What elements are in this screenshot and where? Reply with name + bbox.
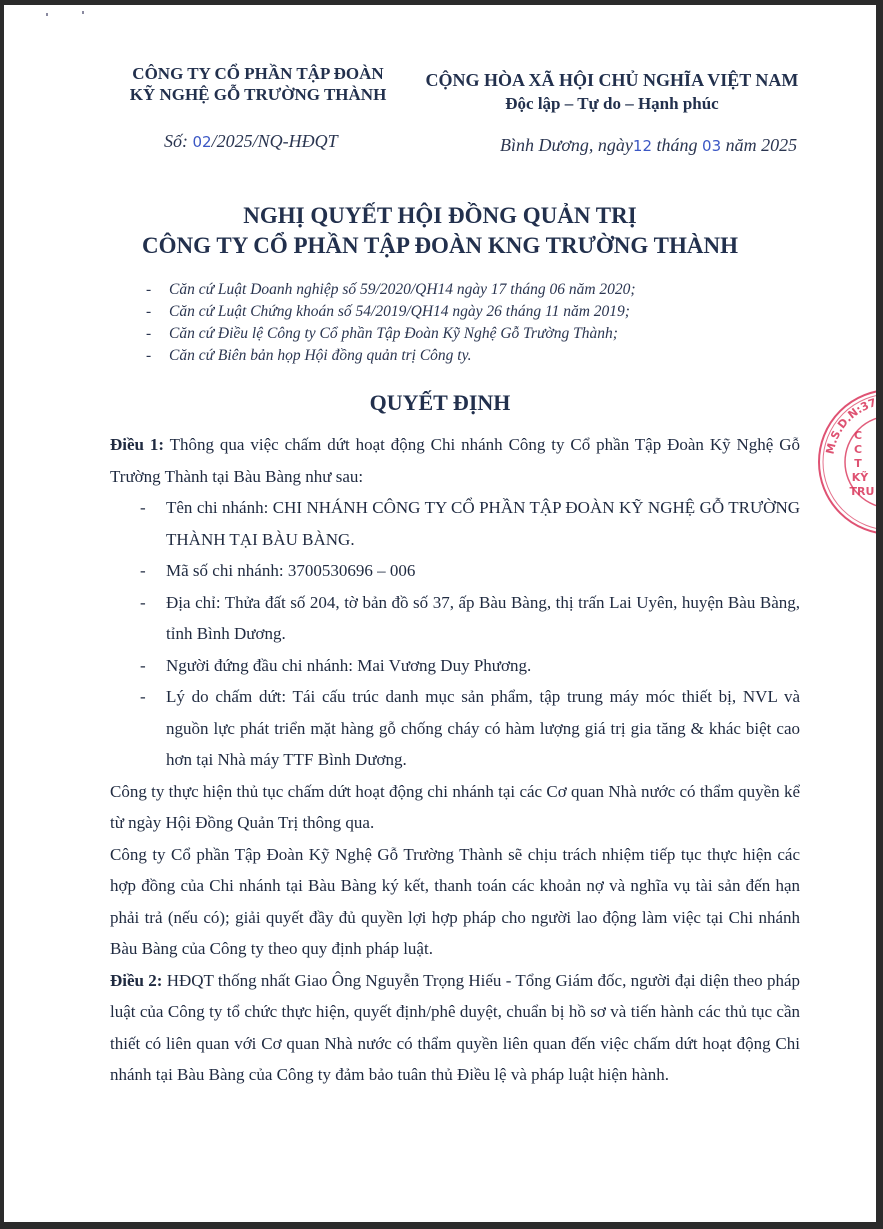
company-name-line-2: KỸ NGHỆ GỖ TRƯỜNG THÀNH [118,84,398,105]
article-1-paragraph: Công ty thực hiện thủ tục chấm dứt hoạt … [110,776,800,839]
branch-address: Địa chỉ: Thửa đất số 204, tờ bản đồ số 3… [166,587,800,650]
article-1-item: -Lý do chấm dứt: Tái cấu trúc danh mục s… [110,681,800,776]
bullet: - [140,555,166,587]
legal-basis-text: Căn cứ Luật Doanh nghiệp số 59/2020/QH14… [169,279,636,301]
article-2: Điều 2: HĐQT thống nhất Giao Ông Nguyễn … [110,965,800,1091]
article-1-paragraph: Công ty Cổ phần Tập Đoàn Kỹ Nghệ Gỗ Trườ… [110,839,800,965]
article-1-item: -Người đứng đầu chi nhánh: Mai Vương Duy… [110,650,800,682]
handwritten-number: 02 [193,133,212,151]
handwritten-day: 12 [633,137,652,155]
date-prefix: Bình Dương, ngày [500,135,633,155]
scan-speck [46,13,48,16]
branch-head: Người đứng đầu chi nhánh: Mai Vương Duy … [166,650,800,682]
stamp-inner-text: C [854,443,862,456]
article-2-text: HĐQT thống nhất Giao Ông Nguyễn Trọng Hi… [110,971,800,1085]
legal-basis-item: -Căn cứ Điều lệ Công ty Cổ phần Tập Đoàn… [146,323,636,345]
legal-basis-item: -Căn cứ Luật Chứng khoán số 54/2019/QH14… [146,301,636,323]
article-1-item: -Tên chi nhánh: CHI NHÁNH CÔNG TY CỔ PHẦ… [110,492,800,555]
document-page: CÔNG TY CỔ PHẦN TẬP ĐOÀN KỸ NGHỆ GỖ TRƯỜ… [4,5,876,1222]
branch-code: Mã số chi nhánh: 3700530696 – 006 [166,555,800,587]
stamp-inner-text: KỸ [852,471,870,484]
stamp-inner-text: C [854,429,862,442]
legal-basis-text: Căn cứ Luật Chứng khoán số 54/2019/QH14 … [169,301,630,323]
legal-basis-item: -Căn cứ Luật Doanh nghiệp số 59/2020/QH1… [146,279,636,301]
bullet: - [140,492,166,555]
decision-body: Điều 1: Thông qua việc chấm dứt hoạt độn… [110,429,800,1091]
company-header: CÔNG TY CỔ PHẦN TẬP ĐOÀN KỸ NGHỆ GỖ TRƯỜ… [118,63,398,105]
article-1: Điều 1: Thông qua việc chấm dứt hoạt độn… [110,429,800,492]
month-label: tháng [652,135,702,155]
number-prefix: Số: [164,131,193,151]
bullet: - [140,681,166,776]
bullet: - [146,345,169,367]
bullet: - [146,279,169,301]
company-name-line-1: CÔNG TY CỔ PHẦN TẬP ĐOÀN [118,63,398,84]
legal-basis-text: Căn cứ Điều lệ Công ty Cổ phần Tập Đoàn … [169,323,618,345]
bullet: - [146,323,169,345]
article-1-label: Điều 1: [110,435,164,454]
bullet: - [146,301,169,323]
date-suffix: năm 2025 [721,135,797,155]
document-title: NGHỊ QUYẾT HỘI ĐỒNG QUẢN TRỊ CÔNG TY CỔ … [4,201,876,261]
national-motto: Độc lập – Tự do – Hạnh phúc [412,92,812,115]
nation-title: CỘNG HÒA XÃ HỘI CHỦ NGHĨA VIỆT NAM [412,69,812,92]
article-1-item: -Địa chỉ: Thửa đất số 204, tờ bản đồ số … [110,587,800,650]
article-1-text: Thông qua việc chấm dứt hoạt động Chi nh… [110,435,800,486]
article-1-item: -Mã số chi nhánh: 3700530696 – 006 [110,555,800,587]
handwritten-month: 03 [702,137,721,155]
legal-basis-item: -Căn cứ Biên bản họp Hội đồng quản trị C… [146,345,636,367]
bullet: - [140,587,166,650]
document-date: Bình Dương, ngày12 tháng 03 năm 2025 [500,135,797,156]
article-2-label: Điều 2: [110,971,162,990]
title-line-1: NGHỊ QUYẾT HỘI ĐỒNG QUẢN TRỊ [4,201,876,231]
termination-reason: Lý do chấm dứt: Tái cấu trúc danh mục sả… [166,681,800,776]
number-suffix: /2025/NQ-HĐQT [212,131,338,151]
company-seal-stamp: M.S.D.N:370 ★ TP.TÂN U C C T KỸ TRU [816,387,876,537]
legal-bases-list: -Căn cứ Luật Doanh nghiệp số 59/2020/QH1… [146,279,636,367]
title-line-2: CÔNG TY CỔ PHẦN TẬP ĐOÀN KNG TRƯỜNG THÀN… [4,231,876,261]
national-header: CỘNG HÒA XÃ HỘI CHỦ NGHĨA VIỆT NAM Độc l… [412,69,812,115]
decision-heading: QUYẾT ĐỊNH [4,390,876,416]
bullet: - [140,650,166,682]
scan-speck [82,11,84,14]
stamp-inner-text: TRU [850,485,875,498]
stamp-inner-text: T [854,457,862,470]
branch-name: Tên chi nhánh: CHI NHÁNH CÔNG TY CỔ PHẦN… [166,492,800,555]
legal-basis-text: Căn cứ Biên bản họp Hội đồng quản trị Cô… [169,345,472,367]
document-number: Số: 02/2025/NQ-HĐQT [164,131,338,152]
